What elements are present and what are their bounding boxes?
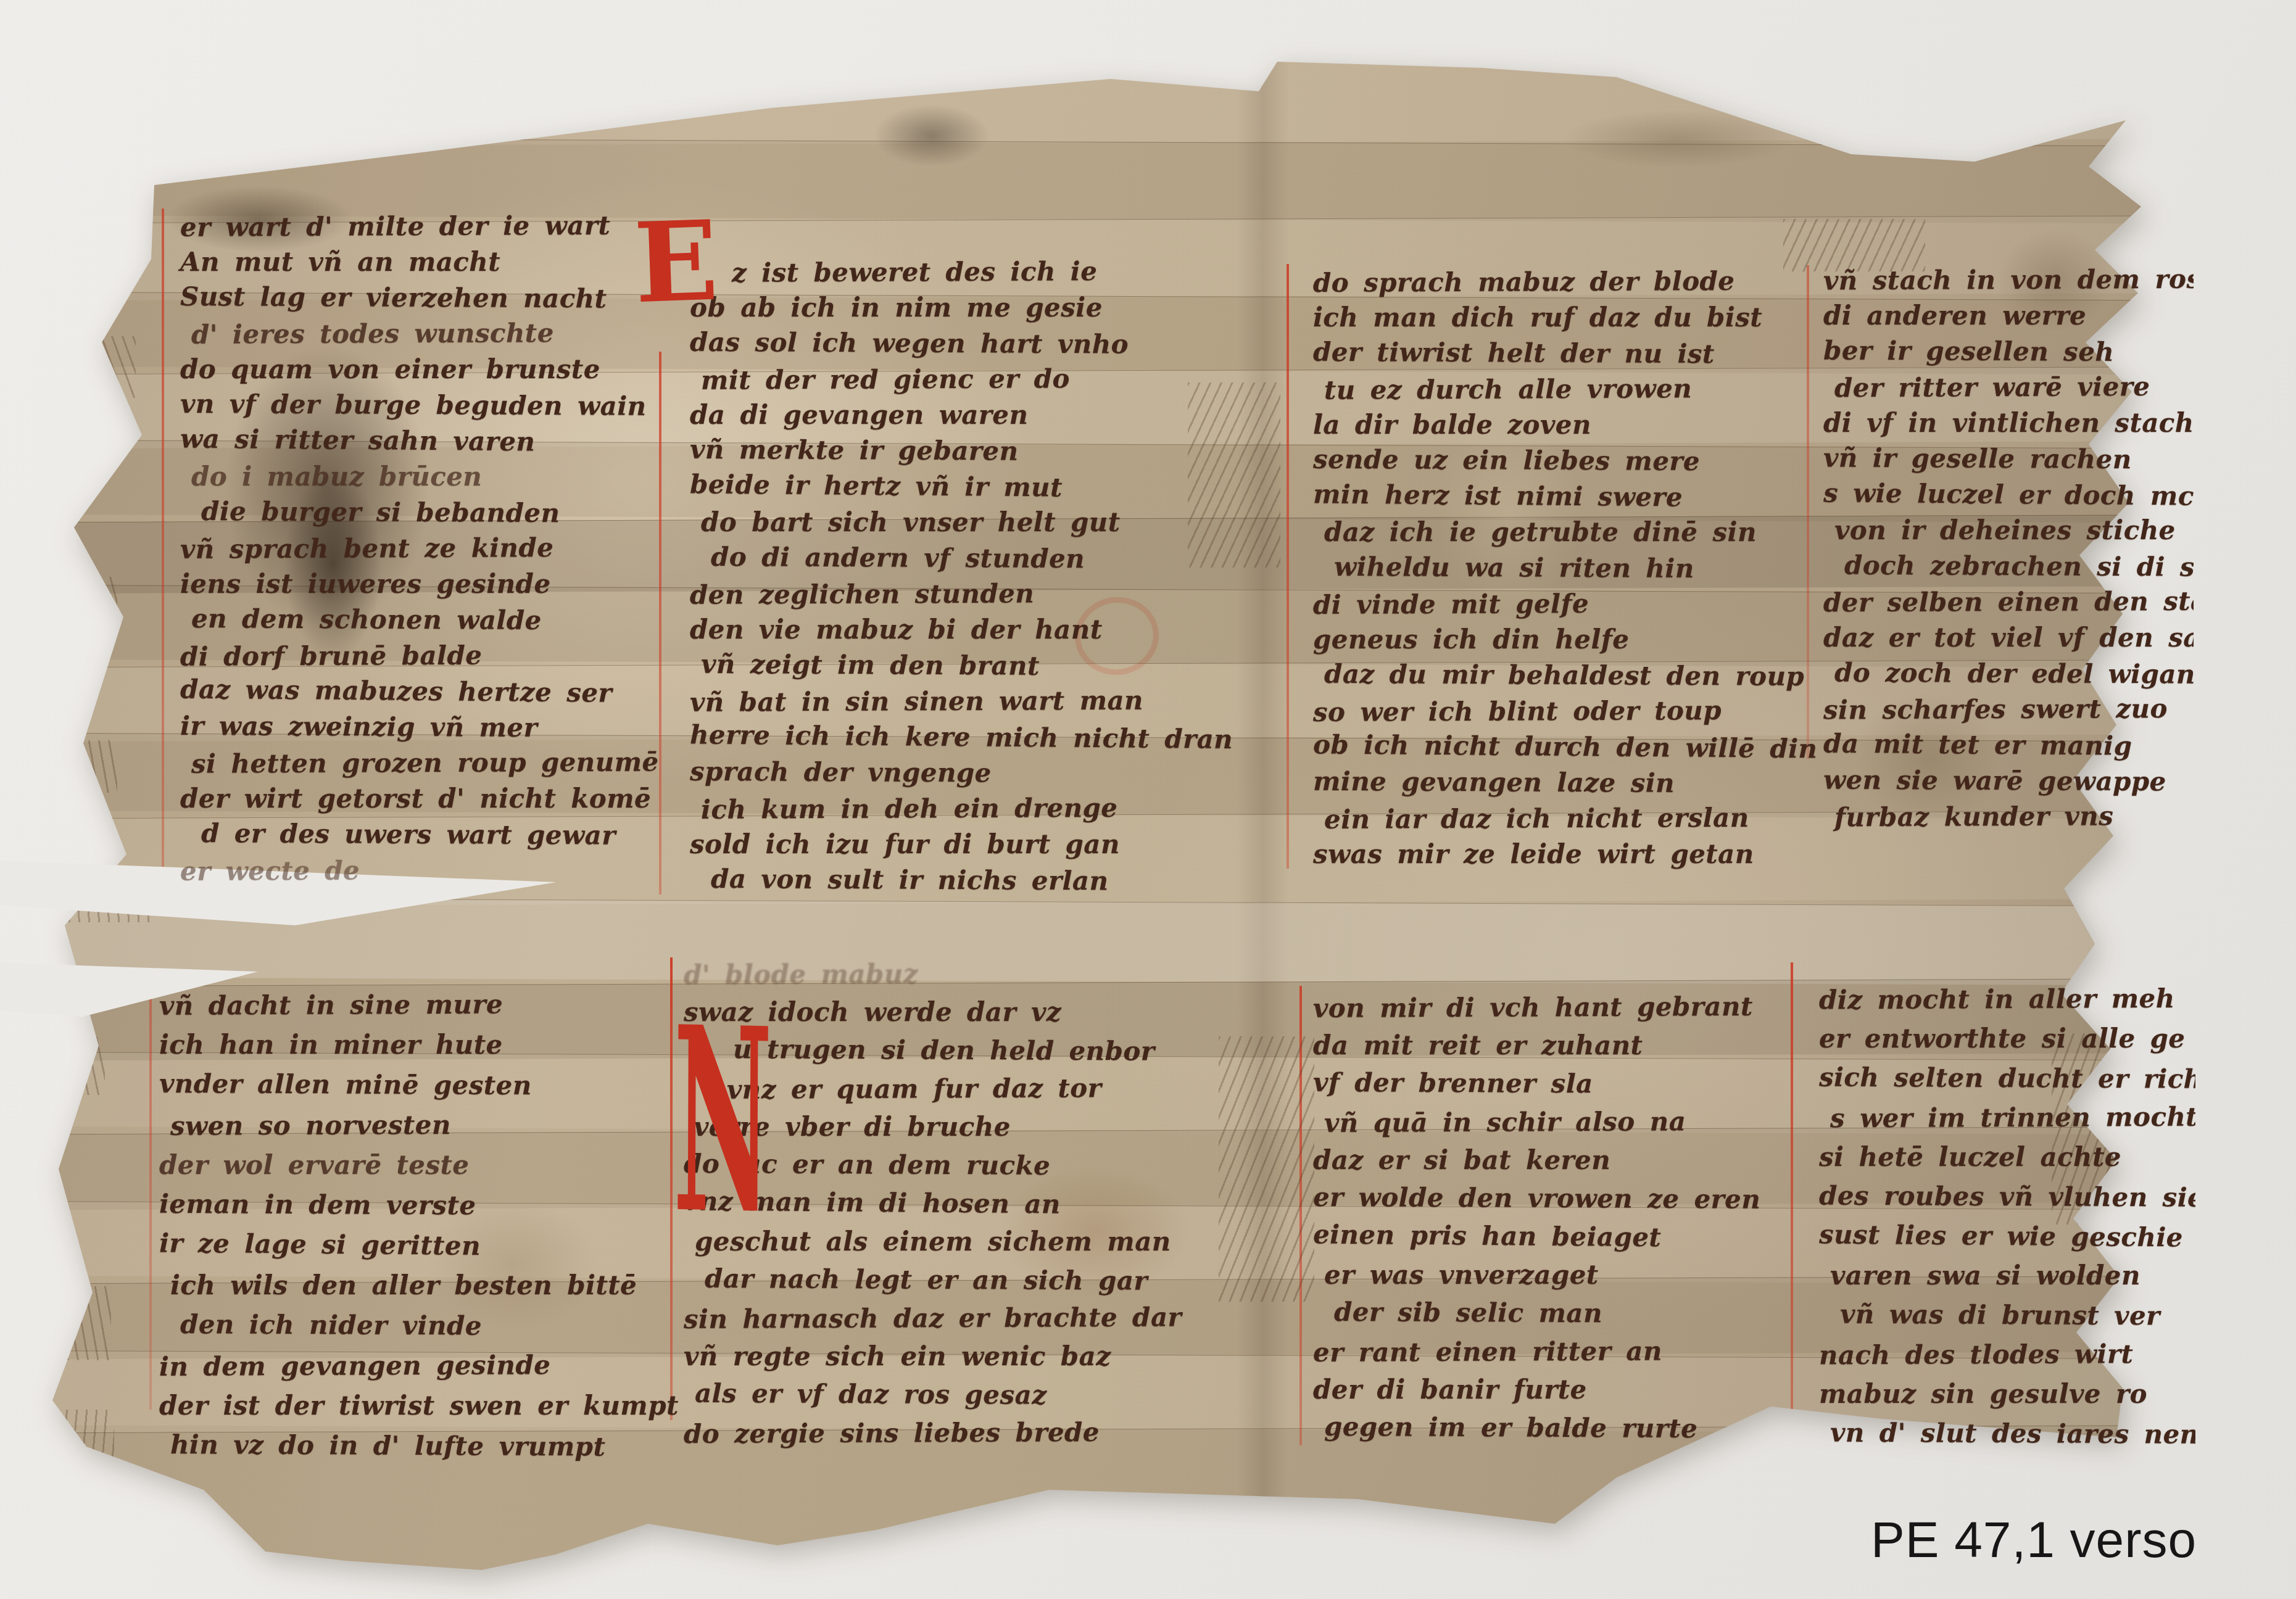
manuscript-line: di vf in vintlichen stachen bbox=[1823, 405, 2194, 441]
text-column-bottom-4: diz mocht in aller meher entworthte si a… bbox=[1819, 980, 2195, 1453]
manuscript-line: d er des uwers wart gewar bbox=[180, 816, 680, 854]
manuscript-line: da mit reit er zuhant bbox=[1313, 1027, 1838, 1065]
manuscript-line: ob ich nicht durch den willē din bbox=[1313, 727, 1844, 767]
manuscript-line: vñ sprach bent ze kinde bbox=[180, 529, 680, 568]
manuscript-line: verre vber di bruche bbox=[694, 1108, 1227, 1146]
manuscript-line: la dir balde zoven bbox=[1313, 407, 1844, 443]
manuscript-line: do bart sich vnser helt gut bbox=[690, 505, 1214, 540]
manuscript-line: ber ir gesellen seh bbox=[1823, 333, 2194, 370]
shelfmark-caption: PE 47,1 verso bbox=[1871, 1511, 2197, 1569]
manuscript-line: den ich nider vinde bbox=[159, 1304, 671, 1347]
manuscript-line: daz er tot viel vf den sant bbox=[1823, 620, 2194, 656]
parchment-strip bbox=[0, 54, 2296, 146]
manuscript-line: do di andern vf stunden bbox=[690, 539, 1214, 577]
manuscript-line: varen swa si wolden bbox=[1819, 1256, 2195, 1295]
manuscript-line: vf der brenner sla bbox=[1313, 1064, 1838, 1104]
manuscript-line: do sprach mabuz der blode bbox=[1313, 263, 1844, 301]
manuscript-line: si hetten grozen roup genumē bbox=[180, 744, 680, 782]
manuscript-line: der selben einen den stach e bbox=[1823, 584, 2194, 621]
manuscript-line: furbaz kunder vns bbox=[1823, 798, 2194, 835]
manuscript-line: sich selten ducht er rich bbox=[1819, 1057, 2195, 1099]
manuscript-line: der tiwrist helt der nu ist bbox=[1313, 334, 1844, 373]
manuscript-line: der ritter warē viere bbox=[1823, 369, 2194, 407]
manuscript-line: beide ir hertz vñ ir mut bbox=[690, 466, 1214, 506]
lombard-initial-E: E bbox=[632, 206, 720, 319]
manuscript-line: mine gevangen laze sin bbox=[1313, 764, 1844, 803]
stitch-hatch-marks bbox=[59, 200, 139, 253]
manuscript-line: einen pris han beiaget bbox=[1313, 1215, 1838, 1258]
manuscript-line: vnder allen minē gesten bbox=[159, 1064, 671, 1106]
manuscript-line: er wart d' milte der ie wart bbox=[180, 207, 680, 246]
manuscript-line: d' ieres todes wunschte bbox=[180, 315, 680, 353]
manuscript-line: das sol ich wegen hart vnho bbox=[690, 324, 1214, 363]
manuscript-line: der di banir furte bbox=[1313, 1371, 1838, 1409]
manuscript-line: die burger si bebanden bbox=[180, 494, 680, 532]
text-column-top-2: z ist beweret des ich ieob ab ich in nim… bbox=[690, 254, 1214, 898]
manuscript-line: den vie mabuz bi der hant bbox=[690, 612, 1214, 648]
manuscript-line: ich kum in deh ein drenge bbox=[690, 790, 1214, 828]
manuscript-line: vñ dacht in sine mure bbox=[159, 983, 671, 1026]
manuscript-line: wen sie warē gewappe bbox=[1823, 762, 2194, 799]
manuscript-line: er wecte de bbox=[180, 851, 680, 890]
manuscript-line: wiheldu wa si riten hin bbox=[1313, 549, 1844, 588]
manuscript-line: vñ bat in sin sinen wart man bbox=[690, 682, 1214, 721]
manuscript-line: nach des tlodes wirt bbox=[1819, 1334, 2195, 1376]
manuscript-line: ein iar daz ich nicht erslan bbox=[1313, 799, 1844, 838]
manuscript-line: doch zebrachen si di sper bbox=[1823, 547, 2194, 585]
manuscript-line: di vinde mit gelfe bbox=[1313, 585, 1844, 623]
manuscript-line: von mir di vch hant gebrant bbox=[1313, 987, 1838, 1028]
manuscript-line: ich han in miner hute bbox=[159, 1025, 671, 1065]
manuscript-line: vñ merkte ir gebaren bbox=[690, 432, 1214, 470]
manuscript-line: vñ zeigt im den brant bbox=[690, 647, 1214, 685]
manuscript-line: tu ez durch alle vrowen bbox=[1313, 370, 1844, 408]
text-column-top-3: do sprach mabuz der blodeich man dich ru… bbox=[1313, 264, 1844, 872]
manuscript-line: daz ich ie getrubte dinē sin bbox=[1313, 514, 1844, 550]
manuscript-line: gegen im er balde rurte bbox=[1313, 1408, 1838, 1448]
manuscript-line: da mit tet er manig bbox=[1823, 725, 2194, 764]
manuscript-line: vñ stach in von dem rose bbox=[1823, 262, 2194, 299]
manuscript-line: iens ist iuweres gesinde bbox=[180, 566, 680, 602]
manuscript-line: di anderen werre bbox=[1823, 298, 2194, 334]
manuscript-photo: E N er wart d' milte der ie wartAn mut v… bbox=[0, 0, 2296, 1599]
manuscript-line: vñ regte sich ein wenic baz bbox=[684, 1337, 1227, 1376]
manuscript-line: sust lies er wie geschie bbox=[1819, 1215, 2195, 1257]
manuscript-line: der sib selic man bbox=[1313, 1293, 1838, 1334]
text-column-top-1: er wart d' milte der ie wartAn mut vñ an… bbox=[180, 209, 680, 888]
manuscript-line: des roubes vñ vluhen sie bbox=[1819, 1176, 2195, 1217]
manuscript-line: sin scharfes swert zuo bbox=[1823, 691, 2194, 729]
manuscript-line: sold ich izu fur di burt gan bbox=[690, 827, 1214, 862]
manuscript-line: ir ze lage si geritten bbox=[159, 1223, 672, 1267]
manuscript-line: do quam von einer brunste bbox=[180, 352, 680, 387]
manuscript-line: s wie luczel er doch mche bbox=[1823, 475, 2194, 514]
manuscript-line: von ir deheines stiche bbox=[1823, 513, 2194, 548]
text-column-bottom-1: vñ dacht in sine mureich han in miner hu… bbox=[159, 985, 671, 1466]
manuscript-line: u trugen si den held enbor bbox=[733, 1030, 1227, 1071]
text-column-bottom-3: von mir di vch hant gebrantda mit reit e… bbox=[1313, 988, 1838, 1447]
manuscript-line: da di gevangen waren bbox=[690, 397, 1214, 433]
manuscript-line: do zoch der edel wigant bbox=[1823, 655, 2194, 692]
manuscript-line: do i mabuz brūcen bbox=[180, 459, 680, 495]
manuscript-line: als er vf daz ros gesaz bbox=[684, 1374, 1227, 1416]
manuscript-line: swas mir ze leide wirt getan bbox=[1313, 837, 1844, 872]
manuscript-line: hin vz do in d' lufte vrumpt bbox=[159, 1424, 671, 1467]
text-column-top-4: vñ stach in von dem rosedi anderen werre… bbox=[1823, 262, 2194, 835]
manuscript-line: ob ab ich in nim me gesie bbox=[690, 290, 1214, 326]
manuscript-line: vñ quā in schir also na bbox=[1313, 1102, 1838, 1142]
manuscript-line: sprach der vngenge bbox=[690, 754, 1214, 792]
manuscript-line: ich wils den aller besten bittē bbox=[159, 1265, 671, 1305]
manuscript-line: di dorf brunē balde bbox=[180, 637, 680, 675]
manuscript-line: herre ich ich kere mich nicht dran bbox=[690, 717, 1214, 757]
manuscript-line: diz mocht in aller meh bbox=[1819, 980, 2195, 1020]
manuscript-line: sin harnasch daz er brachte dar bbox=[684, 1298, 1227, 1339]
manuscript-line: er entworthte si alle ge bbox=[1819, 1019, 2195, 1059]
manuscript-line: daz du mir behaldest den roup bbox=[1313, 656, 1844, 695]
manuscript-line: in dem gevangen gesinde bbox=[159, 1344, 671, 1387]
manuscript-line: er rant einen ritter an bbox=[1313, 1331, 1838, 1372]
manuscript-line: daz was mabuzes hertze ser bbox=[180, 671, 680, 711]
manuscript-line: s wer im trinnen mochte bbox=[1819, 1097, 2195, 1139]
manuscript-line: ieman in dem verste bbox=[159, 1184, 671, 1226]
manuscript-line: vnz er quam fur daz tor bbox=[716, 1068, 1227, 1109]
manuscript-line: den zeglichen stunden bbox=[690, 575, 1214, 613]
manuscript-line: en dem schonen walde bbox=[180, 601, 680, 639]
lombard-initial-N: N bbox=[673, 994, 772, 1250]
manuscript-line: so wer ich blint oder toup bbox=[1313, 692, 1844, 730]
manuscript-line: der wol ervarē teste bbox=[159, 1145, 671, 1185]
manuscript-line: ich man dich ruf daz du bist bbox=[1313, 300, 1844, 336]
manuscript-line: swen so norvesten bbox=[159, 1104, 671, 1146]
manuscript-line: min herz ist nimi swere bbox=[1313, 476, 1844, 517]
manuscript-line: vn d' slut des iares nen bbox=[1819, 1413, 2195, 1453]
manuscript-line: mabuz sin gesulve ro bbox=[1819, 1374, 2195, 1414]
manuscript-line: sende uz ein liebes mere bbox=[1313, 442, 1844, 481]
manuscript-line: geneus ich din helfe bbox=[1313, 622, 1844, 658]
manuscript-line: der wirt getorst d' nicht komē bbox=[180, 781, 680, 817]
manuscript-line: do zergie sins liebes brede bbox=[684, 1413, 1227, 1453]
manuscript-line: z ist beweret des ich ie bbox=[732, 253, 1214, 291]
manuscript-line: vñ was di brunst ver bbox=[1819, 1294, 2195, 1336]
manuscript-line: der ist der tiwrist swen er kumpt bbox=[159, 1386, 671, 1426]
manuscript-line: er wolde den vrowen ze eren bbox=[1313, 1178, 1838, 1219]
manuscript-line: da von sult ir nichs erlan bbox=[690, 861, 1214, 899]
manuscript-line: Sust lag er vierzehen nacht bbox=[180, 279, 680, 317]
manuscript-line: daz er si bat keren bbox=[1313, 1141, 1838, 1180]
manuscript-line: er was vnverzaget bbox=[1313, 1256, 1838, 1294]
manuscript-line: vn vf der burge beguden wain bbox=[180, 386, 680, 424]
manuscript-line: mit der red gienc er do bbox=[690, 360, 1214, 399]
manuscript-line: An mut vñ an macht bbox=[180, 244, 680, 280]
manuscript-line: ir was zweinzig vñ mer bbox=[180, 708, 680, 746]
manuscript-line: si hetē luczel achte bbox=[1819, 1138, 2195, 1177]
manuscript-line: wa si ritter sahn varen bbox=[180, 421, 680, 461]
manuscript-line: vñ ir geselle rachen bbox=[1823, 440, 2194, 477]
